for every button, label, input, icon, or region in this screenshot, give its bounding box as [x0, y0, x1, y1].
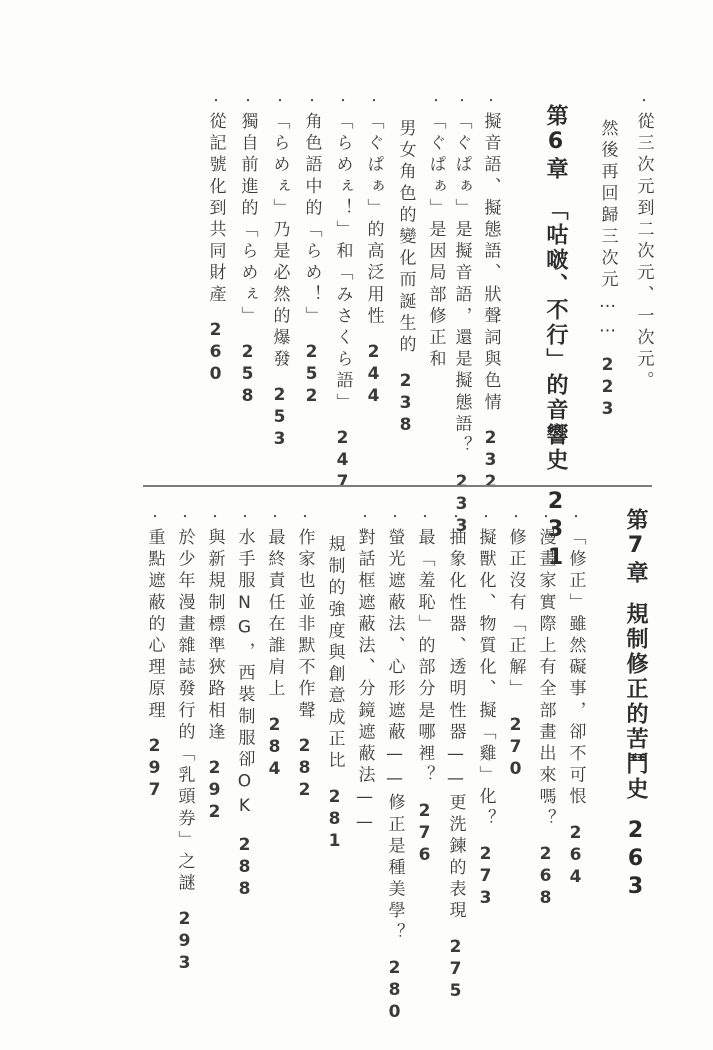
section-title: 「ぐぱぁ」是擬音語，還是擬態語？: [452, 112, 472, 458]
chapter-label: 第7章: [623, 508, 648, 586]
toc-section: ・抽象化性器、透明性器——更洗鍊的表現275: [447, 510, 464, 1003]
bullet: ・: [430, 94, 442, 106]
page-number: 275: [446, 937, 466, 1003]
bullet: ・: [450, 510, 462, 522]
page-number: 273: [476, 844, 496, 910]
section-title: 男女角色的變化而誕生的: [396, 119, 416, 357]
page-number: 280: [385, 958, 405, 1024]
page-number: 292: [205, 758, 225, 824]
bullet: ・: [456, 94, 468, 106]
bullet: ・: [570, 510, 582, 522]
section-title: 於少年漫畫雜誌發行的「乳頭券」之謎: [175, 528, 195, 895]
toc-section: ・重點遮蔽的心理原理297: [146, 510, 163, 802]
bullet: ・: [337, 94, 349, 106]
entry-text: 然後再回歸三次元……: [598, 119, 618, 341]
bullet: ・: [485, 94, 497, 106]
section-title: 水手服NG，西裝制服卻OK: [235, 528, 255, 821]
section-title: 規制的強度與創意成正比: [325, 535, 345, 773]
toc-section: ・「らめぇ！」和「みさくら語」247: [334, 94, 351, 494]
page-number: 268: [536, 844, 556, 910]
page-number: 258: [238, 342, 258, 408]
bullet: ・: [242, 94, 254, 106]
toc-section: ・獨自前進的「らめぇ」258: [239, 94, 256, 408]
bullet: ・: [306, 94, 318, 106]
section-title: 「ぐぱぁ」是因局部修正和: [426, 112, 446, 371]
section-title: 「らめぇ！」和「みさくら語」: [333, 112, 353, 414]
bullet: ・: [149, 510, 161, 522]
page-number: 264: [566, 823, 586, 889]
page-number: 288: [235, 835, 255, 901]
toc-section: ・擬獸化、物質化、擬「雞」化？273: [477, 510, 494, 910]
bullet: ・: [209, 510, 221, 522]
bullet: ・: [299, 510, 311, 522]
bullet: ・: [359, 510, 371, 522]
section-title: 擬音語、擬態語、狀聲詞與色情: [481, 112, 501, 414]
toc-section: ・角色語中的「らめ！」252: [303, 94, 320, 408]
bullet: ・: [419, 510, 431, 522]
chapter-page: 263: [623, 818, 648, 902]
chapter-6-heading: 第6章「咕啵、不行」的音響史231: [544, 104, 566, 573]
section-title: 與新規制標準狹路相逢: [205, 528, 225, 744]
page-number: 276: [415, 801, 435, 867]
section-title: 角色語中的「らめ！」: [302, 112, 322, 328]
chapter-title: 規制修正的苦鬥史: [623, 602, 648, 802]
toc-section-continuation: 規制的強度與創意成正比281: [326, 535, 343, 853]
entry-text: 從三次元到二次元、一次元。: [634, 112, 654, 393]
bullet: ・: [480, 510, 492, 522]
page-number: 293: [175, 909, 195, 975]
section-title: 抽象化性器、透明性器——更洗鍊的表現: [446, 528, 466, 923]
toc-section: ・「ぐぱぁ」是擬音語，還是擬態語？233: [453, 94, 470, 538]
section-title: 修正沒有「正解」: [506, 528, 526, 701]
toc-section: ・擬音語、擬態語、狀聲詞與色情232: [482, 94, 499, 494]
toc-section: ・最「羞恥」的部分是哪裡？276: [416, 510, 433, 867]
bullet: ・: [210, 94, 222, 106]
section-title: 作家也並非默不作聲: [295, 528, 315, 722]
toc-section: ・「ぐぱぁ」的高泛用性244: [365, 94, 382, 408]
toc-section: ・「ぐぱぁ」是因局部修正和: [427, 94, 444, 371]
section-title: 從記號化到共同財產: [206, 112, 226, 306]
page-number: 270: [506, 715, 526, 781]
page-number: 297: [145, 736, 165, 802]
chapter-7-heading: 第7章規制修正的苦鬥史263: [624, 508, 646, 902]
toc-section: ・從記號化到共同財產260: [207, 94, 224, 386]
toc-section: ・漫畫家實際上有全部畫出來嗎？268: [537, 510, 554, 910]
section-title: 螢光遮蔽法、心形遮蔽——修正是種美學？: [385, 528, 405, 944]
chapter-label: 第6章: [543, 104, 568, 182]
section-title: 最「羞恥」的部分是哪裡？: [415, 528, 435, 787]
toc-section: ・於少年漫畫雜誌發行的「乳頭券」之謎293: [176, 510, 193, 975]
toc-section: ・水手服NG，西裝制服卻OK288: [236, 510, 253, 901]
bullet: ・: [540, 510, 552, 522]
page-number: 223: [598, 355, 618, 421]
page-number: 253: [270, 385, 290, 451]
page-number: 260: [206, 320, 226, 386]
bullet: ・: [389, 510, 401, 522]
section-title: 重點遮蔽的心理原理: [145, 528, 165, 722]
section-title: 「修正」雖然礙事，卻不可恨: [566, 528, 586, 809]
page-number: 252: [302, 342, 322, 408]
bullet: ・: [239, 510, 251, 522]
toc-section: ・修正沒有「正解」270: [507, 510, 524, 781]
bullet: ・: [274, 94, 286, 106]
page-number: 284: [265, 715, 285, 781]
bullet: ・: [269, 510, 281, 522]
toc-entry: ・從三次元到二次元、一次元。: [635, 94, 652, 393]
toc-section: ・「らめぇ」乃是必然的爆發253: [271, 94, 288, 451]
toc-section: ・螢光遮蔽法、心形遮蔽——修正是種美學？280: [386, 510, 403, 1024]
section-divider: [143, 485, 652, 487]
bullet: ・: [179, 510, 191, 522]
toc-entry-continuation: 然後再回歸三次元……223: [599, 119, 616, 421]
toc-section: ・作家也並非默不作聲282: [296, 510, 313, 802]
bullet: ・: [510, 510, 522, 522]
toc-section-continuation: 男女角色的變化而誕生的238: [397, 119, 414, 437]
section-title: 獨自前進的「らめぇ」: [238, 112, 258, 328]
toc-section: ・最終責任在誰肩上284: [266, 510, 283, 781]
page-number: 244: [364, 342, 384, 408]
section-title: 「ぐぱぁ」的高泛用性: [364, 112, 384, 328]
section-title: 對話框遮蔽法、分鏡遮蔽法——: [355, 528, 375, 836]
toc-section: ・「修正」雖然礙事，卻不可恨264: [567, 510, 584, 889]
toc-section: ・與新規制標準狹路相逢292: [206, 510, 223, 824]
section-title: 擬獸化、物質化、擬「雞」化？: [476, 528, 496, 830]
page-number: 238: [396, 371, 416, 437]
page-number: 281: [325, 787, 345, 853]
page-number: 282: [295, 736, 315, 802]
chapter-title: 「咕啵、不行」的音響史: [543, 198, 568, 473]
bullet: ・: [638, 94, 650, 106]
bullet: ・: [368, 94, 380, 106]
toc-section: ・對話框遮蔽法、分鏡遮蔽法——: [356, 510, 373, 836]
section-title: 漫畫家實際上有全部畫出來嗎？: [536, 528, 556, 830]
section-title: 「らめぇ」乃是必然的爆發: [270, 112, 290, 371]
section-title: 最終責任在誰肩上: [265, 528, 285, 701]
